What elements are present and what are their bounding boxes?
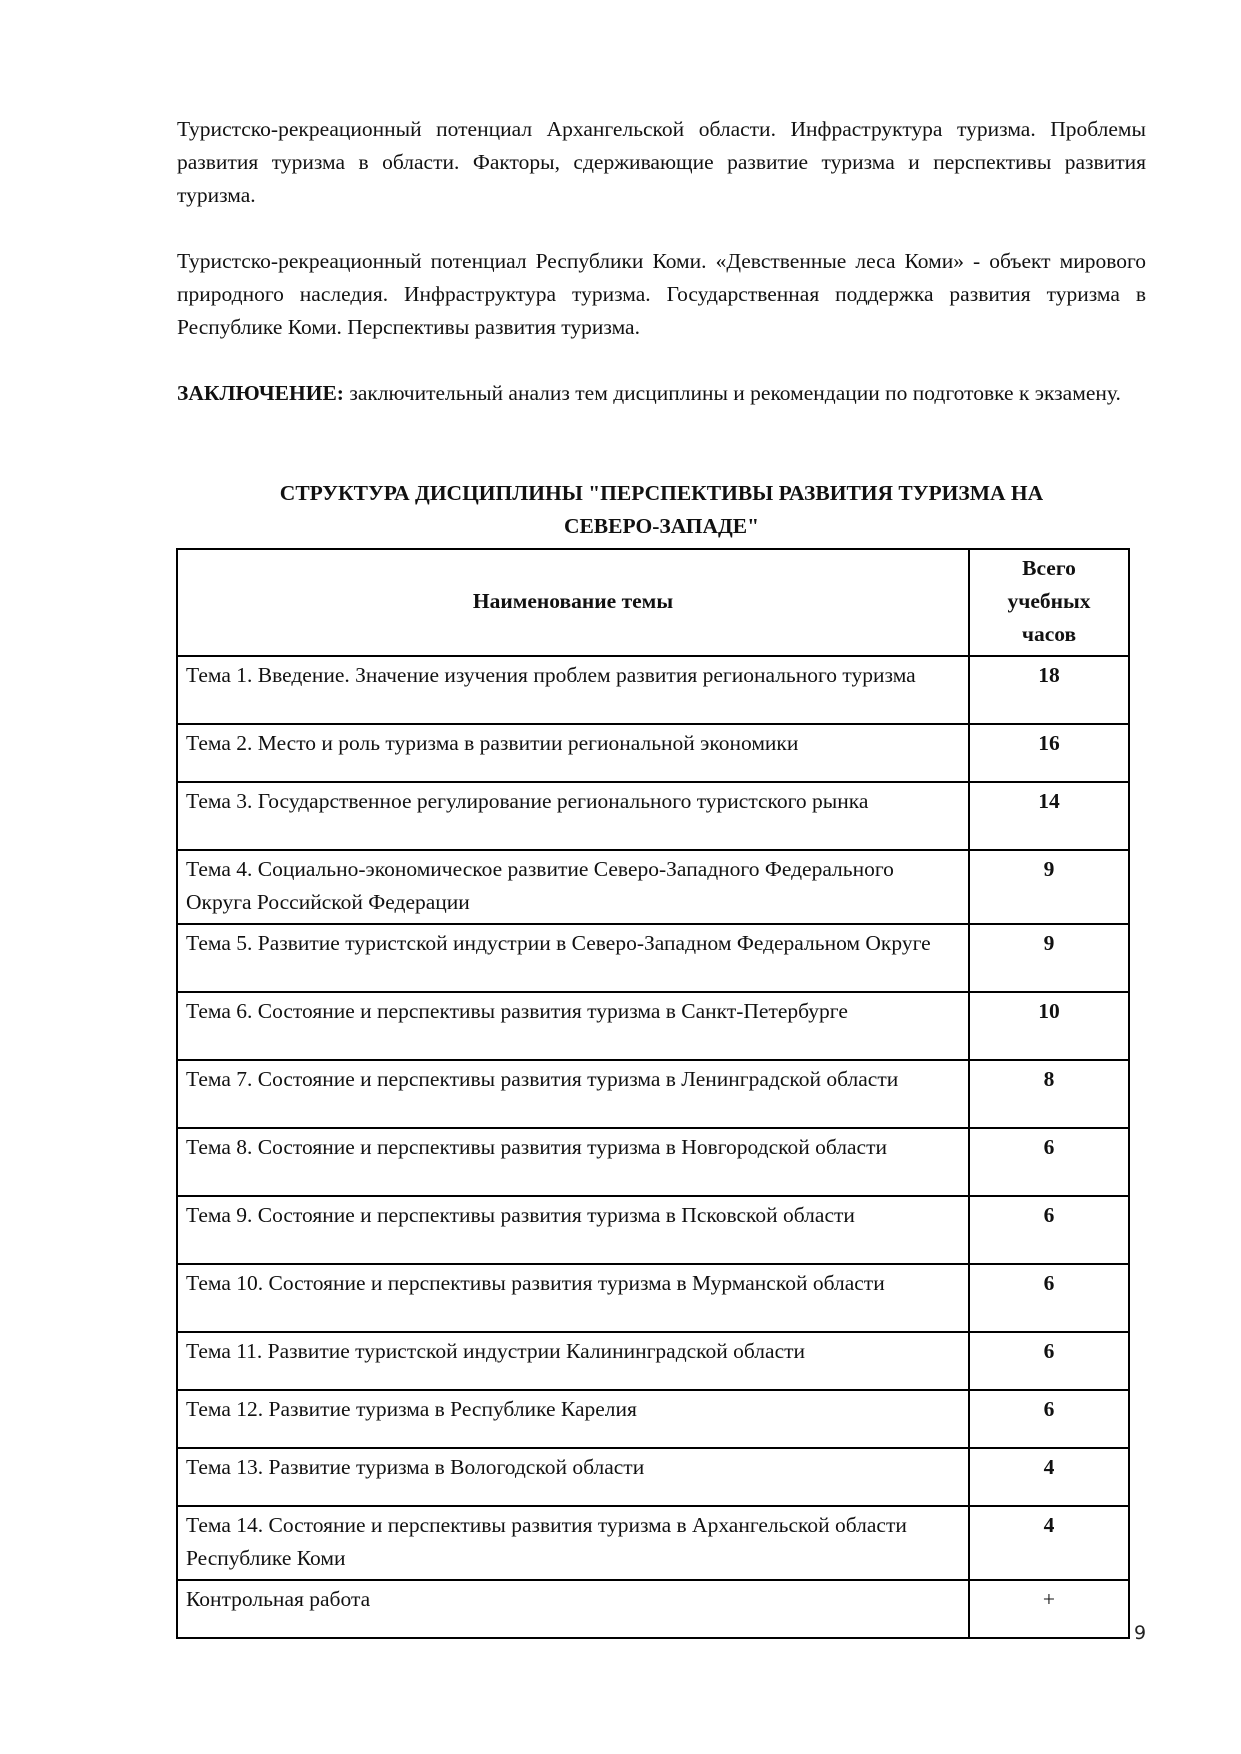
conclusion-label: ЗАКЛЮЧЕНИЕ: [177, 381, 344, 405]
paragraph-text: Туристско-рекреационный потенциал Арханг… [177, 117, 1146, 207]
hours-cell: 6 [969, 1332, 1129, 1390]
header-hours-line: Всего [978, 552, 1120, 585]
table-row: Тема 5. Развитие туристской индустрии в … [177, 924, 1129, 992]
table-row: Тема 9. Состояние и перспективы развития… [177, 1196, 1129, 1264]
header-hours: Всего учебных часов [969, 549, 1129, 656]
hours-cell: 6 [969, 1264, 1129, 1332]
paragraph-text: заключительный анализ тем дисциплины и р… [344, 381, 1121, 405]
hours-cell: 6 [969, 1196, 1129, 1264]
hours-cell: 8 [969, 1060, 1129, 1128]
table-row: Тема 10. Состояние и перспективы развити… [177, 1264, 1129, 1332]
hours-cell: 10 [969, 992, 1129, 1060]
topic-cell: Тема 12. Развитие туризма в Республике К… [177, 1390, 969, 1448]
hours-cell: 9 [969, 924, 1129, 992]
body-text: Туристско-рекреационный потенциал Арханг… [177, 113, 1146, 443]
hours-cell: 14 [969, 782, 1129, 850]
header-hours-line: часов [978, 618, 1120, 651]
topic-cell: Тема 10. Состояние и перспективы развити… [177, 1264, 969, 1332]
header-topic: Наименование темы [177, 549, 969, 656]
table-body: Тема 1. Введение. Значение изучения проб… [177, 656, 1129, 1638]
table-row: Тема 6. Состояние и перспективы развития… [177, 992, 1129, 1060]
discipline-structure-table: Наименование темы Всего учебных часов Те… [176, 548, 1130, 1639]
table-row: Тема 1. Введение. Значение изучения проб… [177, 656, 1129, 724]
table-title: СТРУКТУРА ДИСЦИПЛИНЫ "ПЕРСПЕКТИВЫ РАЗВИТ… [177, 477, 1146, 543]
table-row: Тема 11. Развитие туристской индустрии К… [177, 1332, 1129, 1390]
header-hours-line: учебных [978, 585, 1120, 618]
page-number: 9 [1134, 1622, 1146, 1644]
table-row: Тема 4. Социально-экономическое развитие… [177, 850, 1129, 924]
table-row: Тема 14. Состояние и перспективы развити… [177, 1506, 1129, 1580]
hours-cell: 9 [969, 850, 1129, 924]
topic-cell: Тема 1. Введение. Значение изучения проб… [177, 656, 969, 724]
hours-cell: 4 [969, 1506, 1129, 1580]
table-header-row: Наименование темы Всего учебных часов [177, 549, 1129, 656]
table-title-line: СЕВЕРО-ЗАПАДЕ" [177, 510, 1146, 543]
topic-cell: Тема 4. Социально-экономическое развитие… [177, 850, 969, 924]
topic-cell: Контрольная работа [177, 1580, 969, 1638]
table-row: Тема 3. Государственное регулирование ре… [177, 782, 1129, 850]
table-row: Тема 12. Развитие туризма в Республике К… [177, 1390, 1129, 1448]
topic-cell: Тема 8. Состояние и перспективы развития… [177, 1128, 969, 1196]
paragraph-text: Туристско-рекреационный потенциал Респуб… [177, 249, 1146, 339]
table-row: Контрольная работа+ [177, 1580, 1129, 1638]
topic-cell: Тема 6. Состояние и перспективы развития… [177, 992, 969, 1060]
hours-cell: 18 [969, 656, 1129, 724]
paragraph-arkhangelsk: Туристско-рекреационный потенциал Арханг… [177, 113, 1146, 212]
topic-cell: Тема 3. Государственное регулирование ре… [177, 782, 969, 850]
topic-cell: Тема 11. Развитие туристской индустрии К… [177, 1332, 969, 1390]
topic-cell: Тема 2. Место и роль туризма в развитии … [177, 724, 969, 782]
topic-cell: Тема 13. Развитие туризма в Вологодской … [177, 1448, 969, 1506]
hours-cell: 6 [969, 1390, 1129, 1448]
paragraph-komi: Туристско-рекреационный потенциал Респуб… [177, 245, 1146, 344]
table-row: Тема 7. Состояние и перспективы развития… [177, 1060, 1129, 1128]
topic-cell: Тема 5. Развитие туристской индустрии в … [177, 924, 969, 992]
topic-cell: Тема 9. Состояние и перспективы развития… [177, 1196, 969, 1264]
table-row: Тема 13. Развитие туризма в Вологодской … [177, 1448, 1129, 1506]
paragraph-conclusion: ЗАКЛЮЧЕНИЕ: заключительный анализ тем ди… [177, 377, 1146, 410]
hours-cell: 16 [969, 724, 1129, 782]
table-title-line: СТРУКТУРА ДИСЦИПЛИНЫ "ПЕРСПЕКТИВЫ РАЗВИТ… [177, 477, 1146, 510]
table-row: Тема 8. Состояние и перспективы развития… [177, 1128, 1129, 1196]
table-row: Тема 2. Место и роль туризма в развитии … [177, 724, 1129, 782]
topic-cell: Тема 14. Состояние и перспективы развити… [177, 1506, 969, 1580]
hours-cell: 6 [969, 1128, 1129, 1196]
hours-cell: + [969, 1580, 1129, 1638]
hours-cell: 4 [969, 1448, 1129, 1506]
topic-cell: Тема 7. Состояние и перспективы развития… [177, 1060, 969, 1128]
